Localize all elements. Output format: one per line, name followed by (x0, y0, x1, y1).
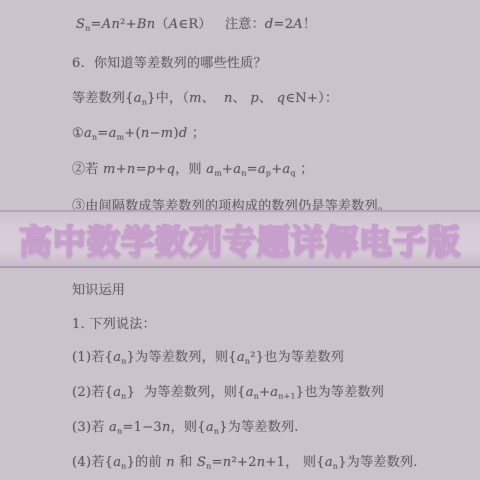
property-1-line: ①an=am+(n−m)d ； (72, 126, 205, 142)
property-2-line: ②若 m+n=p+q，则 am+an=ap+aq ； (72, 162, 314, 178)
formula-line-sum-note: Sn=An²+Bn（A∈R） 注意：d=2A！ (76, 17, 316, 33)
question-6-line: 6. 你知道等差数列的哪些性质？ (72, 56, 267, 72)
scanned-document-page: Sn=An²+Bn（A∈R） 注意：d=2A！ 6. 你知道等差数列的哪些性质？… (0, 0, 480, 480)
promo-banner: 高中数学数列专题详解电子版 (0, 210, 480, 268)
statement-1-line: (1)若{an}为等差数列，则{an²}也为等差数列 (72, 350, 344, 366)
banner-title: 高中数学数列专题详解电子版 (19, 216, 461, 263)
statement-2-line: (2)若{an} 为等差数列，则{an+an+1}也为等差数列 (72, 385, 384, 401)
statement-4-line: (4)若{an}的前 n 和 Sn=n²+2n+1， 则{an}为等差数列. (72, 455, 418, 471)
section-heading-line: 知识运用 (72, 283, 125, 299)
item-1-heading-line: 1. 下列说法： (72, 317, 156, 333)
statement-3-line: (3)若 an=1−3n，则{an}为等差数列. (72, 420, 299, 436)
sequence-setup-line: 等差数列{an}中，（m、 n、 p、 q∈N+）： (72, 91, 338, 107)
